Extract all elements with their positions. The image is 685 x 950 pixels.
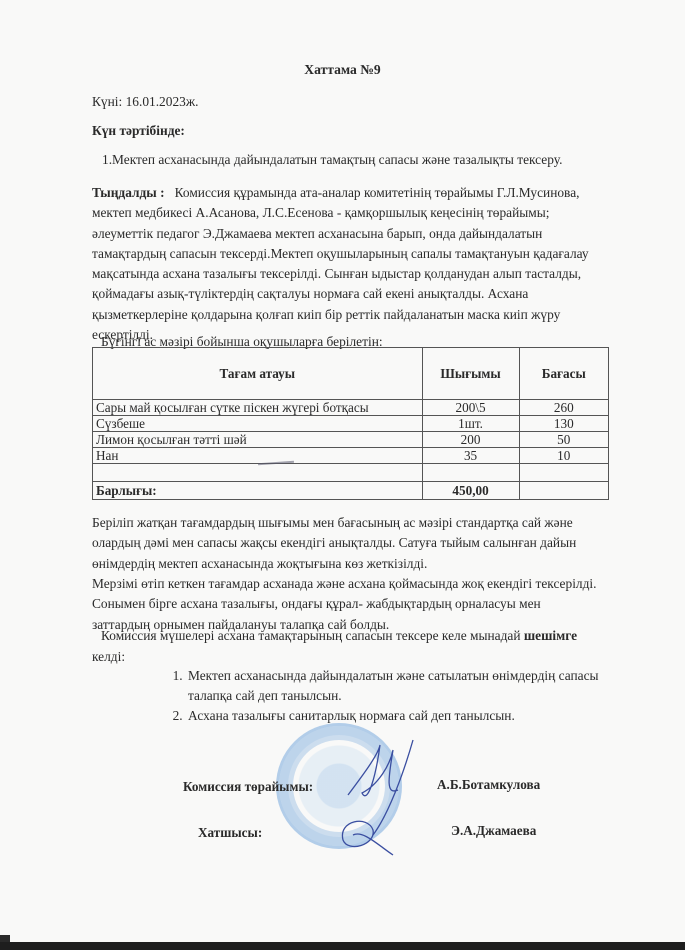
table-row: Лимон қосылған тәтті шәй 200 50 — [93, 432, 609, 448]
dish-price: 260 — [519, 400, 608, 416]
secretary-label: Хатшысы: — [198, 825, 262, 841]
heard-label: Тыңдалды : — [92, 185, 165, 200]
agenda-item: 1.Мектеп асханасында дайындалатын тамақт… — [102, 152, 562, 168]
table-row: Сүзбеше 1шт. 130 — [93, 416, 609, 432]
total-empty — [519, 482, 608, 500]
decision-tail: келді: — [92, 649, 125, 664]
menu-table: Тағам атауы Шығымы Бағасы Сары май қосыл… — [92, 347, 609, 500]
empty-cell — [93, 464, 423, 482]
signature-icon — [318, 735, 428, 865]
empty-cell — [519, 464, 608, 482]
table-row: Сары май қосылған сүтке піскен жүгері бо… — [93, 400, 609, 416]
dish-yield: 200\5 — [422, 400, 519, 416]
header-price: Бағасы — [519, 348, 608, 400]
chair-name: А.Б.Ботамкулова — [437, 777, 540, 793]
header-dish-name: Тағам атауы — [93, 348, 423, 400]
dish-yield: 200 — [422, 432, 519, 448]
total-label: Барлығы: — [93, 482, 423, 500]
table-row-empty — [93, 464, 609, 482]
header-yield: Шығымы — [422, 348, 519, 400]
dish-name: Сүзбеше — [93, 416, 423, 432]
resolution-item: Мектеп асханасында дайындалатын және сат… — [186, 666, 626, 706]
table-row: Нан 35 10 — [93, 448, 609, 464]
dish-price: 50 — [519, 432, 608, 448]
dish-price: 130 — [519, 416, 608, 432]
table-row-total: Барлығы: 450,00 — [93, 482, 609, 500]
heard-paragraph: Тыңдалды : Комиссия құрамында ата-аналар… — [92, 183, 602, 345]
document-page: Хаттама №9 Күні: 16.01.2023ж. Күн тәртіб… — [0, 0, 685, 950]
dish-price: 10 — [519, 448, 608, 464]
menu-table-header: Тағам атауы Шығымы Бағасы — [93, 348, 609, 400]
resolution-item: Асхана тазалығы санитарлық нормаға сай д… — [186, 706, 626, 726]
resolutions-list: Мектеп асханасында дайындалатын және сат… — [160, 666, 626, 726]
dish-yield: 35 — [422, 448, 519, 464]
dish-name: Лимон қосылған тәтті шәй — [93, 432, 423, 448]
chair-label: Комиссия төрайымы: — [183, 779, 313, 795]
total-value: 450,00 — [422, 482, 519, 500]
findings-paragraph-1: Беріліп жатқан тағамдардың шығымы мен ба… — [92, 513, 602, 574]
agenda-heading: Күн тәртібінде: — [92, 123, 185, 139]
heard-text: Комиссия құрамында ата-аналар комитетіні… — [92, 185, 589, 342]
decision-bold: шешімге — [524, 628, 577, 643]
decision-lead: Комиссия мүшелері асхана тамақтарының са… — [92, 628, 524, 643]
secretary-name: Э.А.Джамаева — [451, 823, 536, 839]
decision-paragraph: Комиссия мүшелері асхана тамақтарының са… — [92, 625, 612, 667]
document-title: Хаттама №9 — [0, 62, 685, 78]
dish-name: Сары май қосылған сүтке піскен жүгері бо… — [93, 400, 423, 416]
dish-yield: 1шт. — [422, 416, 519, 432]
empty-cell — [422, 464, 519, 482]
scan-border — [0, 942, 685, 950]
dish-name: Нан — [93, 448, 423, 464]
document-date: Күні: 16.01.2023ж. — [92, 94, 198, 110]
